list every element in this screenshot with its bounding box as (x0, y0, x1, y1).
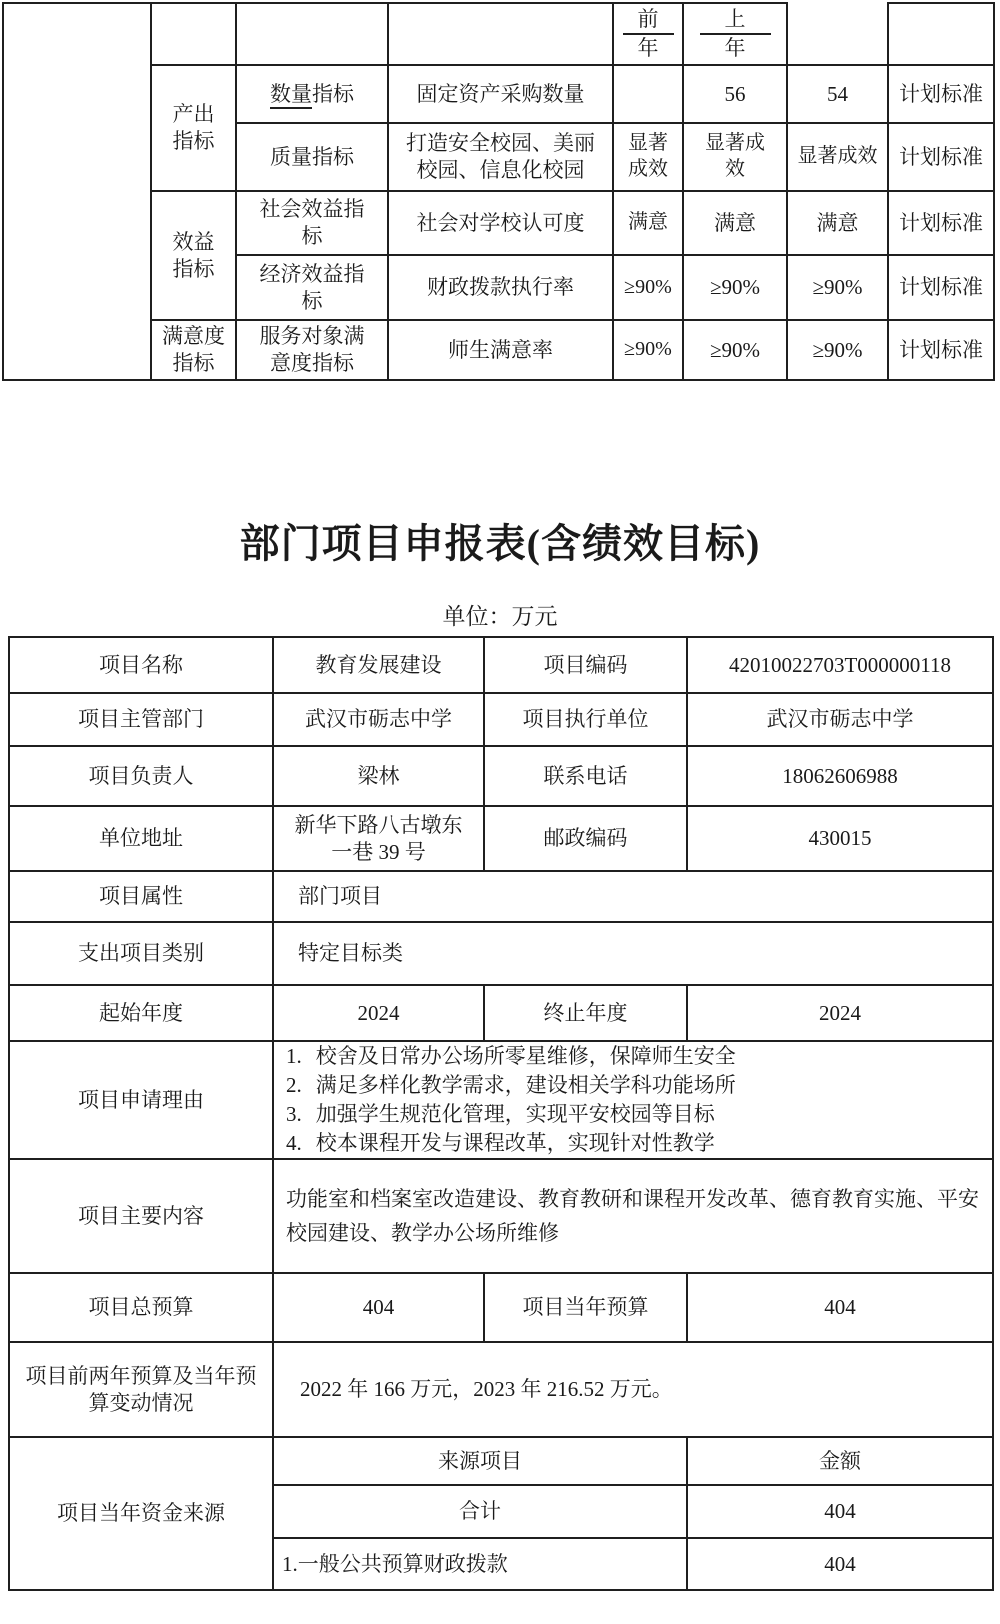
current-value-cell: ≥90% (787, 255, 888, 320)
funding-source-total: 合计 (273, 1485, 687, 1538)
prev1-year-label: 上 (700, 6, 771, 35)
funding-amount-total: 404 (687, 1485, 993, 1538)
document-page: 前 年 上 年 产出 指标 数量指标 固定资产采购数量 56 54 计划标准 质… (0, 0, 1000, 1624)
project-code-value: 42010022703T000000118 (687, 637, 993, 693)
executor-value: 武汉市砺志中学 (687, 693, 993, 746)
current-value-cell: 满意 (787, 191, 888, 255)
page-title: 部门项目申报表(含绩效目标) (0, 512, 1000, 569)
current-value-cell: ≥90% (787, 320, 888, 380)
history-label: 项目前两年预算及当年预 算变动情况 (9, 1342, 273, 1437)
category-header-cell (236, 3, 388, 65)
row-apply-reason: 项目申请理由 1.校舍及日常办公场所零星维修，保障师生安全 2.满足多样化教学需… (9, 1041, 993, 1159)
prev2-value-cell: ≥90% (613, 255, 683, 320)
prev2-year-header: 前 年 (613, 3, 683, 65)
start-year-label: 起始年度 (9, 985, 273, 1041)
funding-source-item: 1.一般公共预算财政拨款 (273, 1538, 687, 1590)
row-attribute: 项目属性 部门项目 (9, 871, 993, 922)
row-main-content: 项目主要内容 功能室和档案室改造建设、教育教研和课程开发改革、德育教育实施、平安… (9, 1159, 993, 1273)
left-spacer-cell (3, 3, 151, 380)
project-name-value: 教育发展建设 (273, 637, 484, 693)
row-leader: 项目负责人 梁林 联系电话 18062606988 (9, 746, 993, 806)
indicator-row-quantity: 产出 指标 数量指标 固定资产采购数量 56 54 计划标准 (3, 65, 994, 123)
executor-label: 项目执行单位 (484, 693, 687, 746)
group-cell-satisfaction: 满意度 指标 (151, 320, 236, 380)
standard-cell: 计划标准 (888, 191, 994, 255)
standard-cell: 计划标准 (888, 123, 994, 191)
indicator-name-cell: 固定资产采购数量 (388, 65, 613, 123)
attribute-label: 项目属性 (9, 871, 273, 922)
reason-item: 3.加强学生规范化管理，实现平安校园等目标 (286, 1100, 988, 1129)
expense-type-value: 特定目标类 (273, 922, 993, 985)
funding-source-header: 来源项目 (273, 1437, 687, 1485)
project-form-table: 项目名称 教育发展建设 项目编码 42010022703T000000118 项… (8, 636, 994, 1591)
category-cell-quantity: 数量指标 (236, 65, 388, 123)
indicator-name-cell: 社会对学校认可度 (388, 191, 613, 255)
phone-value: 18062606988 (687, 746, 993, 806)
indicator-name-cell: 财政拨款执行率 (388, 255, 613, 320)
prev1-value-cell: ≥90% (683, 255, 787, 320)
indicator-name-cell: 打造安全校园、美丽 校园、信息化校园 (388, 123, 613, 191)
year-budget-value: 404 (687, 1273, 993, 1342)
row-funding-header: 项目当年资金来源 来源项目 金额 (9, 1437, 993, 1485)
prev1-year-header: 上 年 (683, 3, 787, 65)
indicator-name-cell: 师生满意率 (388, 320, 613, 380)
standard-cell: 计划标准 (888, 255, 994, 320)
start-year-value: 2024 (273, 985, 484, 1041)
standard-header-cell (888, 3, 994, 65)
indicator-table: 前 年 上 年 产出 指标 数量指标 固定资产采购数量 56 54 计划标准 质… (2, 2, 995, 381)
current-value-cell: 54 (787, 65, 888, 123)
row-years: 起始年度 2024 终止年度 2024 (9, 985, 993, 1041)
category-cell-economic: 经济效益指 标 (236, 255, 388, 320)
standard-cell: 计划标准 (888, 320, 994, 380)
current-value-cell: 显著成效 (787, 123, 888, 191)
address-label: 单位地址 (9, 806, 273, 871)
main-content-label: 项目主要内容 (9, 1159, 273, 1273)
group-cell-benefit: 效益 指标 (151, 191, 236, 320)
prev2-value-cell: 满意 (613, 191, 683, 255)
year-budget-label: 项目当年预算 (484, 1273, 687, 1342)
row-address: 单位地址 新华下路八古墩东 一巷 39 号 邮政编码 430015 (9, 806, 993, 871)
total-budget-label: 项目总预算 (9, 1273, 273, 1342)
prev1-value-cell: 满意 (683, 191, 787, 255)
prev2-value-cell (613, 65, 683, 123)
main-content-value: 功能室和档案室改造建设、教育教研和课程开发改革、德育教育实施、平安校园建设、教学… (273, 1159, 993, 1273)
prev1-value-cell: ≥90% (683, 320, 787, 380)
funding-amount-item: 404 (687, 1538, 993, 1590)
end-year-label: 终止年度 (484, 985, 687, 1041)
row-supervisor: 项目主管部门 武汉市砺志中学 项目执行单位 武汉市砺志中学 (9, 693, 993, 746)
zipcode-value: 430015 (687, 806, 993, 871)
row-expense-type: 支出项目类别 特定目标类 (9, 922, 993, 985)
reason-item: 4.校本课程开发与课程改革，实现针对性教学 (286, 1129, 988, 1158)
supervisor-label: 项目主管部门 (9, 693, 273, 746)
project-name-label: 项目名称 (9, 637, 273, 693)
apply-reason-value: 1.校舍及日常办公场所零星维修，保障师生安全 2.满足多样化教学需求，建设相关学… (273, 1041, 993, 1159)
supervisor-value: 武汉市砺志中学 (273, 693, 484, 746)
leader-label: 项目负责人 (9, 746, 273, 806)
row-project-name: 项目名称 教育发展建设 项目编码 42010022703T000000118 (9, 637, 993, 693)
phone-label: 联系电话 (484, 746, 687, 806)
total-budget-value: 404 (273, 1273, 484, 1342)
group-header-cell (151, 3, 236, 65)
standard-cell: 计划标准 (888, 65, 994, 123)
indicator-header-row: 前 年 上 年 (3, 3, 994, 65)
project-code-label: 项目编码 (484, 637, 687, 693)
group-cell-output: 产出 指标 (151, 65, 236, 191)
apply-reason-label: 项目申请理由 (9, 1041, 273, 1159)
category-cell-service: 服务对象满 意度指标 (236, 320, 388, 380)
expense-type-label: 支出项目类别 (9, 922, 273, 985)
funding-amount-header: 金额 (687, 1437, 993, 1485)
unit-note: 单位：万元 (0, 598, 1000, 631)
reason-item: 1.校舍及日常办公场所零星维修，保障师生安全 (286, 1042, 988, 1071)
indicator-row-social: 效益 指标 社会效益指 标 社会对学校认可度 满意 满意 满意 计划标准 (3, 191, 994, 255)
category-cell-social: 社会效益指 标 (236, 191, 388, 255)
zipcode-label: 邮政编码 (484, 806, 687, 871)
prev1-value-cell: 显著成 效 (683, 123, 787, 191)
prev1-value-cell: 56 (683, 65, 787, 123)
address-value: 新华下路八古墩东 一巷 39 号 (273, 806, 484, 871)
row-history: 项目前两年预算及当年预 算变动情况 2022 年 166 万元，2023 年 2… (9, 1342, 993, 1437)
funding-label: 项目当年资金来源 (9, 1437, 273, 1590)
reason-item: 2.满足多样化教学需求，建设相关学科功能场所 (286, 1071, 988, 1100)
indicator-name-header-cell (388, 3, 613, 65)
current-year-header (787, 3, 888, 65)
prev2-value-cell: 显著 成效 (613, 123, 683, 191)
history-value: 2022 年 166 万元，2023 年 216.52 万元。 (273, 1342, 993, 1437)
prev2-year-label: 前 (623, 6, 674, 35)
attribute-value: 部门项目 (273, 871, 993, 922)
indicator-row-service: 满意度 指标 服务对象满 意度指标 师生满意率 ≥90% ≥90% ≥90% 计… (3, 320, 994, 380)
prev2-value-cell: ≥90% (613, 320, 683, 380)
row-budget: 项目总预算 404 项目当年预算 404 (9, 1273, 993, 1342)
end-year-value: 2024 (687, 985, 993, 1041)
leader-value: 梁林 (273, 746, 484, 806)
category-cell-quality: 质量指标 (236, 123, 388, 191)
